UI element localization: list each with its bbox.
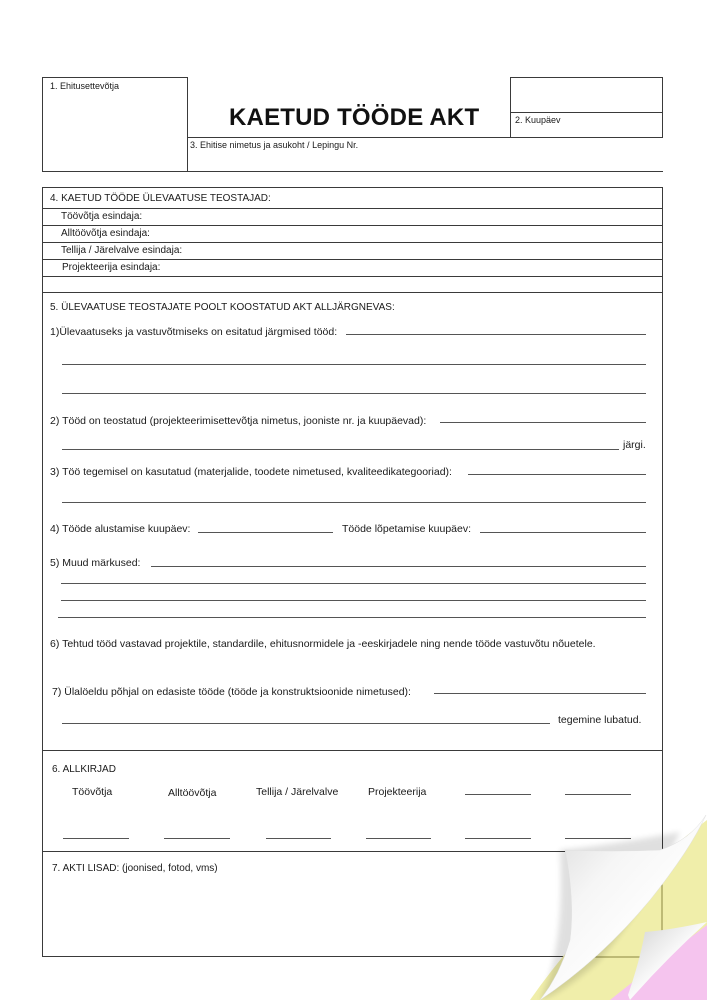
item1-line-2[interactable]	[62, 364, 646, 365]
contractor-box[interactable]: 1. Ehitusettevõtja	[42, 77, 188, 172]
site-label: 3. Ehitise nimetus ja asukoht / Lepingu …	[190, 141, 358, 150]
item4-start-label: 4) Tööde alustamise kuupäev:	[50, 524, 190, 535]
item2-line-2[interactable]	[62, 449, 619, 450]
item7-suffix: tegemine lubatud.	[558, 715, 641, 726]
item2-line-1[interactable]	[440, 422, 646, 423]
signer-5-name-line[interactable]	[465, 794, 531, 795]
designer-rep-field[interactable]: Projekteerija esindaja:	[62, 263, 160, 273]
contractor-label: 1. Ehitusettevõtja	[50, 82, 119, 91]
item6-text: 6) Tehtud tööd vastavad projektile, stan…	[50, 639, 596, 650]
contractor-rep-field[interactable]: Töövõtja esindaja:	[61, 212, 142, 222]
item2-suffix: järgi.	[623, 440, 646, 451]
site-bottom-line[interactable]	[187, 171, 663, 172]
section7-heading: 7. AKTI LISAD: (joonised, fotod, vms)	[52, 864, 218, 874]
item1-label: 1)Ülevaatuseks ja vastuvõtmiseks on esit…	[50, 327, 337, 338]
signer-client-supervisor: Tellija / Järelvalve	[256, 787, 338, 798]
item1-line-1[interactable]	[346, 334, 646, 335]
start-date-line[interactable]	[198, 532, 333, 533]
item7-label: 7) Ülalöeldu põhjal on edasiste tööde (t…	[52, 687, 411, 698]
client-supervisor-rep-field[interactable]: Tellija / Järelvalve esindaja:	[61, 246, 182, 256]
signature-line-1[interactable]	[63, 838, 129, 839]
signature-line-2[interactable]	[164, 838, 230, 839]
copy-imprint: UNIOS TEL 740947	[666, 930, 672, 974]
document-title: KAETUD TÖÖDE AKT	[229, 106, 479, 130]
signature-line-4[interactable]	[366, 838, 431, 839]
remarks-line-3[interactable]	[61, 600, 646, 601]
item7-line-2[interactable]	[62, 723, 550, 724]
item3-line-1[interactable]	[468, 474, 646, 475]
remarks-line-2[interactable]	[61, 583, 646, 584]
date-label: 2. Kuupäev	[515, 116, 561, 125]
subcontractor-rep-field[interactable]: Alltöövõtja esindaja:	[61, 229, 150, 239]
signer-designer: Projekteerija	[368, 787, 426, 798]
signer-contractor: Töövõtja	[72, 787, 112, 798]
remarks-line-4[interactable]	[58, 617, 646, 618]
item5-label: 5) Muud märkused:	[50, 558, 140, 569]
site-top-line	[187, 137, 511, 138]
section6-heading: 6. ALLKIRJAD	[52, 765, 116, 775]
signature-line-5[interactable]	[465, 838, 531, 839]
item3-line-2[interactable]	[62, 502, 646, 503]
item4-end-label: Tööde lõpetamise kuupäev:	[342, 524, 471, 535]
signer-subcontractor: Alltöövõtja	[168, 788, 216, 799]
item1-line-3[interactable]	[62, 393, 646, 394]
extra-rep-field[interactable]	[43, 277, 662, 292]
item7-line-1[interactable]	[434, 693, 646, 694]
end-date-line[interactable]	[480, 532, 646, 533]
signature-line-3[interactable]	[266, 838, 331, 839]
signature-line-6[interactable]	[565, 838, 631, 839]
date-box[interactable]: 2. Kuupäev	[510, 77, 663, 138]
section5-heading: 5. ÜLEVAATUSE TEOSTAJATE POOLT KOOSTATUD…	[50, 303, 395, 313]
item2-label: 2) Tööd on teostatud (projekteerimisette…	[50, 416, 426, 427]
item3-label: 3) Töö tegemisel on kasutatud (materjali…	[50, 467, 452, 478]
section4-heading: 4. KAETUD TÖÖDE ÜLEVAATUSE TEOSTAJAD:	[50, 194, 271, 204]
signer-6-name-line[interactable]	[565, 794, 631, 795]
attachments-area[interactable]	[43, 880, 543, 956]
remarks-line-1[interactable]	[151, 566, 646, 567]
